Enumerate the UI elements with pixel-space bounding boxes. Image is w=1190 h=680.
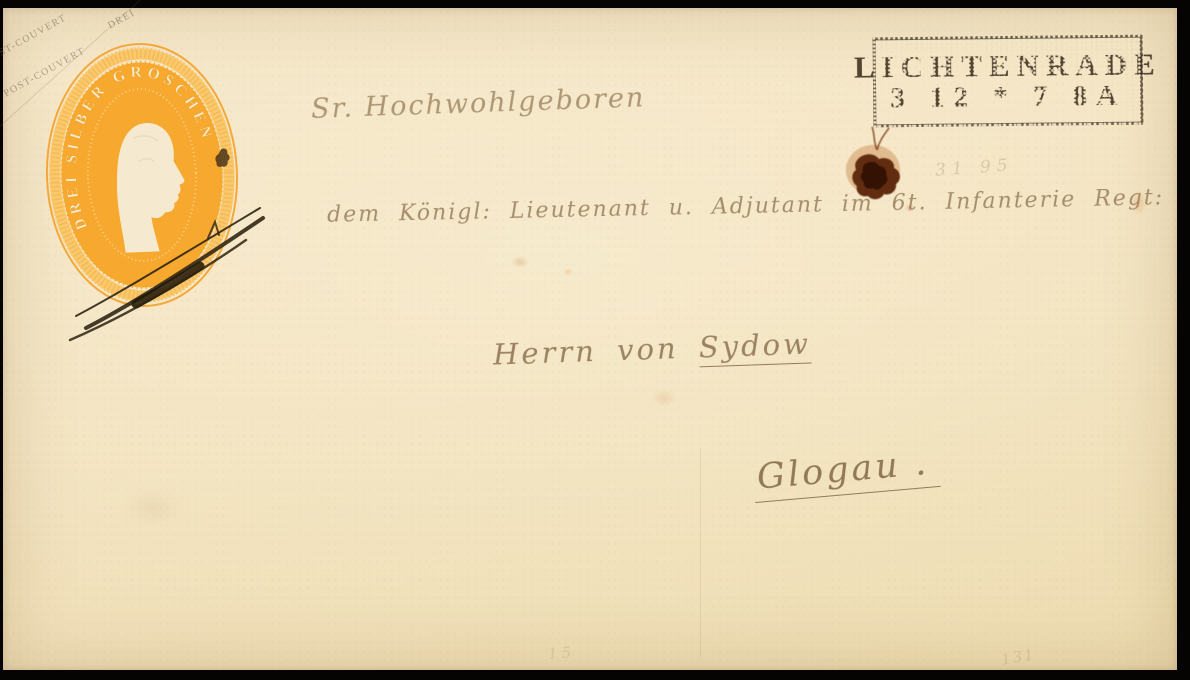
- postmark-box: LICHTENRADE 3 12 * 7 8A: [873, 35, 1144, 128]
- handwriting-title-line: dem Königl: Lieutenant u. Adjutant im 6t…: [327, 185, 1165, 228]
- cover-photo: ST-COUVERT N POST-COUVERT DREI DREI SILB…: [0, 0, 1190, 680]
- envelope: ST-COUVERT N POST-COUVERT DREI DREI SILB…: [3, 8, 1177, 670]
- fox-spot: [511, 256, 529, 268]
- pencil-note-bottom-right: 131: [1000, 645, 1037, 669]
- fox-spot: [123, 488, 183, 528]
- pencil-note-bottom-center: 15: [547, 643, 575, 663]
- fox-spot: [563, 268, 573, 276]
- postmark-town: LICHTENRADE: [854, 48, 1162, 84]
- handwriting-salutation: Sr. Hochwohlgeboren: [311, 82, 646, 125]
- handwriting-recipient: Herrn von Sydow: [493, 326, 812, 371]
- pen-cancel-strokes: [58, 196, 276, 348]
- imprint-line: DREI: [106, 8, 137, 32]
- handwriting-destination: Glogau .: [751, 442, 941, 503]
- recipient-name: Sydow: [698, 326, 811, 367]
- postmark-date: 3 12 * 7 8A: [890, 81, 1126, 114]
- vertical-crease: [700, 448, 701, 658]
- fox-spot: [651, 388, 677, 408]
- pencil-note-right: 31 95: [934, 155, 1014, 180]
- recipient-prefix: Herrn von: [493, 330, 700, 371]
